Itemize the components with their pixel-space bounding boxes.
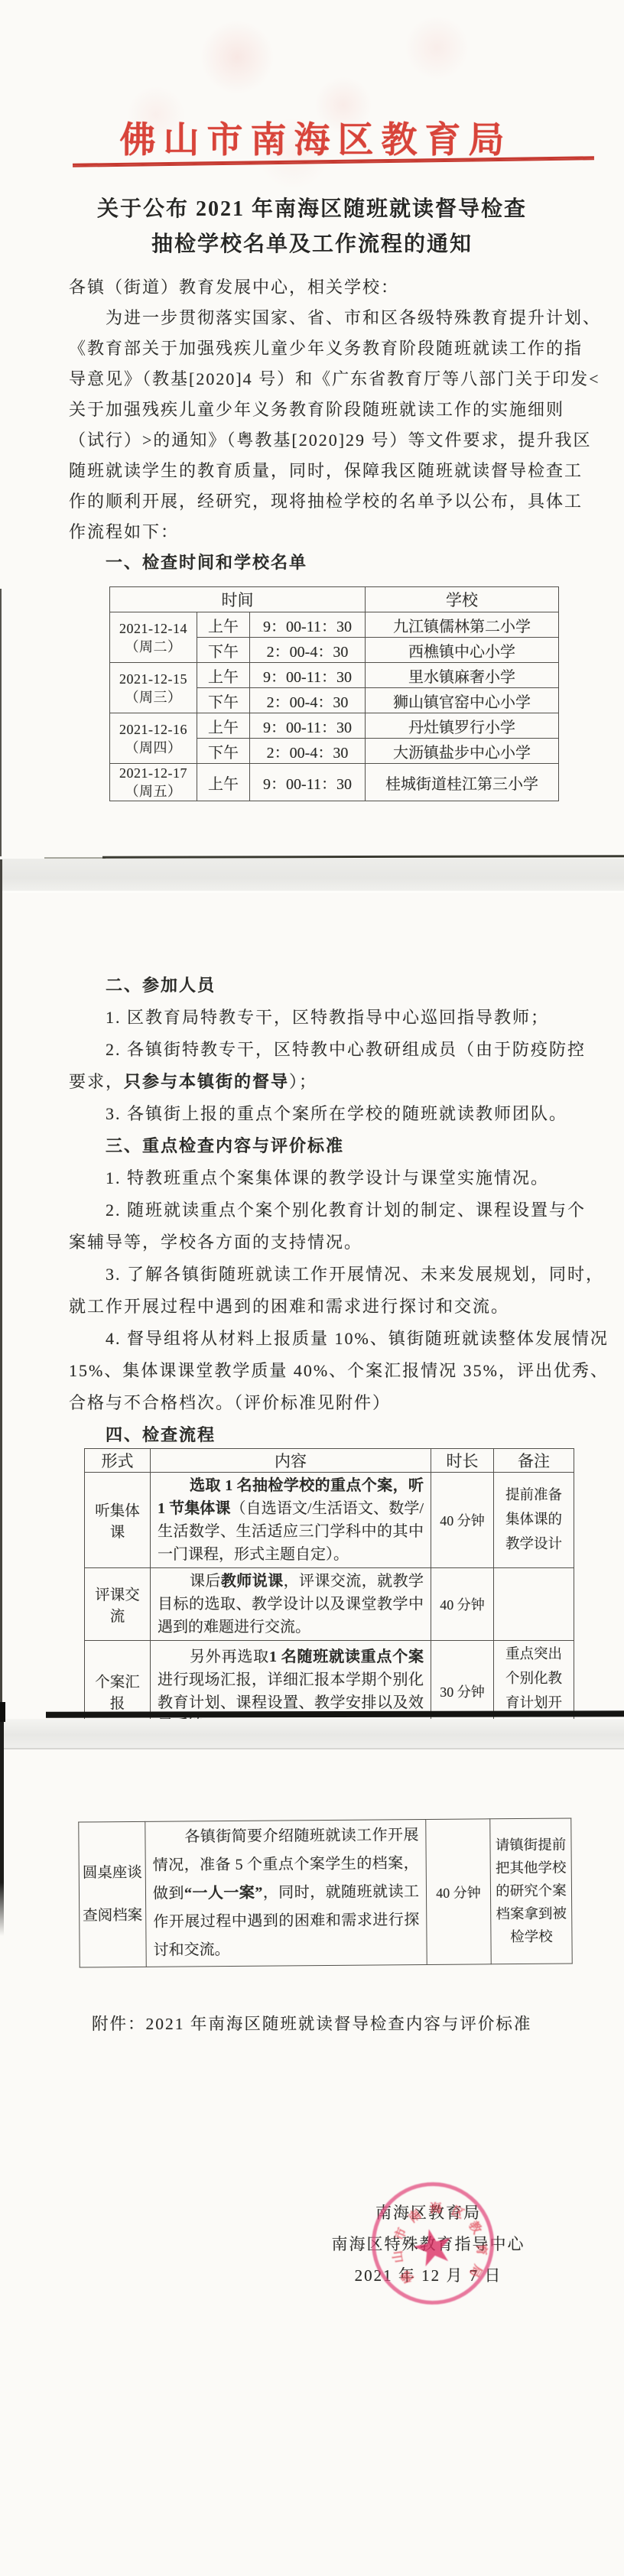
section4-heading: 四、检查流程	[69, 1419, 600, 1451]
body-line: 1. 区教育局特教专干，区特教指导中心巡回指导教师；	[69, 1002, 600, 1034]
form-line: 查阅档案	[83, 1894, 142, 1938]
text-segment-bold: 1 名随班就读重点个案	[269, 1649, 424, 1665]
table-row: 2021-12-17 （周五） 上午 9：00-11：30 桂城街道桂江第三小学	[110, 764, 559, 801]
seal-arc-char: 山	[388, 2250, 407, 2264]
school-cell: 丹灶镇罗行小学	[366, 713, 559, 739]
text-segment: ）；	[289, 1072, 317, 1091]
period-cell: 上午	[197, 764, 250, 801]
school-cell: 狮山镇官窑中心小学	[366, 688, 559, 713]
body-line: 作的顺利开展，经研究，现将抽检学校的名单予以公布，具体工	[69, 486, 600, 517]
duration-cell: 40 分钟	[426, 1819, 491, 1965]
body-line: 3. 了解各镇街随班就读工作开展情况、未来发展规划，同时，	[69, 1259, 600, 1291]
content-cell: 各镇街简要介绍随班就读工作开展情况，准备 5 个重点个案学生的档案，做到“一人一…	[145, 1819, 427, 1967]
body-line: 1. 特教班重点个案集体课的教学设计与课堂实施情况。	[69, 1162, 600, 1194]
body-line: 作流程如下：	[69, 517, 600, 547]
body-page2: 二、参加人员 1. 区教育局特教专干，区特教指导中心巡回指导教师； 2. 各镇街…	[69, 970, 600, 1451]
date-cell: 2021-12-17 （周五）	[110, 764, 197, 801]
weekday-value: （周四）	[113, 739, 193, 757]
body-page1: 各镇（街道）教育发展中心，相关学校： 为进一步贯彻落实国家、省、市和区各级特殊教…	[69, 272, 600, 578]
school-cell: 大沥镇盐步中心小学	[366, 739, 559, 764]
body-line: 关于加强残疾儿童少年义务教育阶段随班就读工作的实施细则	[69, 395, 600, 425]
process-table-continuation: 圆桌座谈 查阅档案 各镇街简要介绍随班就读工作开展情况，准备 5 个重点个案学生…	[78, 1817, 572, 1967]
col-header-time: 时间	[110, 587, 366, 612]
text-segment: 要求，	[69, 1072, 124, 1091]
body-line: 为进一步贯彻落实国家、省、市和区各级特殊教育提升计划、	[69, 303, 600, 333]
document-title: 关于公布 2021 年南海区随班就读督导检查 抽检学校名单及工作流程的通知	[0, 192, 624, 262]
letterhead-org-title: 佛山市南海区教育局	[0, 112, 624, 163]
inspection-process-table: 形式 内容 时长 备注 听集体课 选取 1 名抽检学校的重点个案，听 1 节集体…	[84, 1448, 574, 1743]
col-header-duration: 时长	[431, 1449, 494, 1473]
duration-cell: 40 分钟	[431, 1473, 494, 1568]
attachment-line: 附件：2021 年南海区随班就读督导检查内容与评价标准	[92, 2011, 531, 2035]
body-line: 导意见》（教基[2020]4 号）和《广东省教育厅等八部门关于印发<	[69, 364, 600, 395]
school-cell: 桂城街道桂江第三小学	[366, 764, 559, 801]
scan-edge-artifact	[0, 1702, 5, 1722]
body-line: 3. 各镇街上报的重点个案所在学校的随班就读教师团队。	[69, 1098, 600, 1130]
date-cell: 2021-12-14 （周二）	[110, 612, 197, 663]
period-cell: 下午	[197, 688, 250, 713]
time-cell: 9：00-11：30	[250, 612, 366, 638]
document-title-line1: 关于公布 2021 年南海区随班就读督导检查	[0, 192, 624, 227]
date-value: 2021-12-15	[113, 670, 193, 688]
body-line: 《教育部关于加强残疾儿童少年义务教育阶段随班就读工作的指	[69, 333, 600, 364]
date-cell: 2021-12-16 （周四）	[110, 713, 197, 764]
table-row: 2021-12-14 （周二） 上午 9：00-11：30 九江镇儒林第二小学	[110, 612, 559, 638]
note-cell: 请镇街提前把其他学校的研究个案档案拿到被检学校	[490, 1818, 572, 1964]
seal-arc-char: 教	[465, 2217, 486, 2237]
table-header-row: 形式 内容 时长 备注	[85, 1449, 574, 1473]
text-segment-bold: “一人一案”	[184, 1885, 263, 1902]
body-line: 4. 督导组将从材料上报质量 10%、镇街随班就读整体发展情况	[69, 1323, 600, 1355]
text-segment: 另外再选取	[190, 1649, 269, 1665]
seal-arc-char: 佛	[396, 2267, 418, 2288]
form-cell: 听集体课	[85, 1473, 151, 1568]
duration-cell: 40 分钟	[431, 1568, 494, 1641]
content-cell: 课后教师说课，评课交流，就教学目标的选取、教学设计以及课堂教学中遇到的难题进行交…	[151, 1568, 431, 1641]
table-header-row: 时间 学校	[110, 587, 559, 612]
period-cell: 上午	[197, 663, 250, 688]
date-value: 2021-12-14	[113, 619, 193, 638]
period-cell: 下午	[197, 739, 250, 764]
body-line: 要求，只参与本镇街的督导）；	[69, 1066, 600, 1098]
date-value: 2021-12-17	[113, 764, 193, 782]
table-row: 2021-12-16 （周四） 上午 9：00-11：30 丹灶镇罗行小学	[110, 713, 559, 739]
col-header-content: 内容	[151, 1449, 431, 1473]
note-cell	[494, 1568, 574, 1641]
body-line: 15%、集体课课堂教学质量 40%、个案汇报情况 35%，评出优秀、	[69, 1355, 600, 1387]
page-gap-band	[0, 1719, 624, 1749]
seal-arc-char: 区	[449, 2201, 468, 2223]
weekday-value: （周五）	[113, 782, 193, 801]
salutation-line: 各镇（街道）教育发展中心，相关学校：	[69, 272, 600, 303]
table-row: 听集体课 选取 1 名抽检学校的重点个案，听 1 节集体课（自选语文/生活语文、…	[85, 1473, 574, 1568]
time-cell: 9：00-11：30	[250, 663, 366, 688]
official-seal: 佛山市南海区教育局 ★	[366, 2177, 499, 2309]
col-header-note: 备注	[494, 1449, 574, 1473]
form-cell: 圆桌座谈 查阅档案	[79, 1821, 146, 1967]
school-cell: 西樵镇中心小学	[366, 638, 559, 663]
page-break-line	[46, 1710, 624, 1718]
form-line: 圆桌座谈	[83, 1851, 142, 1895]
scan-edge-artifact	[0, 859, 2, 1705]
form-cell: 评课交流	[85, 1568, 151, 1641]
seal-arc-char: 育	[473, 2243, 491, 2256]
body-line: 合格与不合格档次。（评价标准见附件）	[69, 1387, 600, 1419]
date-cell: 2021-12-15 （周三）	[110, 663, 197, 713]
date-value: 2021-12-16	[113, 720, 193, 739]
period-cell: 上午	[197, 612, 250, 638]
school-cell: 里水镇麻奢小学	[366, 663, 559, 688]
seal-arc-char: 局	[466, 2262, 487, 2281]
weekday-value: （周二）	[113, 638, 193, 656]
body-line: 2. 随班就读重点个案个别化教育计划的制定、课程设置与个	[69, 1194, 600, 1226]
text-segment-bold: 只参与本镇街的督导	[124, 1072, 289, 1091]
col-header-school: 学校	[366, 587, 559, 612]
inspection-schedule-table: 时间 学校 2021-12-14 （周二） 上午 9：00-11：30 九江镇儒…	[109, 586, 559, 801]
time-cell: 2：00-4：30	[250, 638, 366, 663]
period-cell: 上午	[197, 713, 250, 739]
time-cell: 9：00-11：30	[250, 764, 366, 801]
school-cell: 九江镇儒林第二小学	[366, 612, 559, 638]
content-cell: 选取 1 名抽检学校的重点个案，听 1 节集体课（自选语文/生活语文、数学/生活…	[151, 1473, 431, 1568]
body-line: 案辅导等，学校各方面的支持情况。	[69, 1226, 600, 1259]
period-cell: 下午	[197, 638, 250, 663]
body-line: 2. 各镇街特教专干，区特教中心教研组成员（由于防疫防控	[69, 1034, 600, 1066]
table-row: 评课交流 课后教师说课，评课交流，就教学目标的选取、教学设计以及课堂教学中遇到的…	[85, 1568, 574, 1641]
time-cell: 2：00-4：30	[250, 688, 366, 713]
body-line: 就工作开展过程中遇到的困难和需求进行探讨和交流。	[69, 1291, 600, 1323]
text-segment: 课后	[190, 1573, 221, 1590]
time-cell: 9：00-11：30	[250, 713, 366, 739]
page-gap-band	[0, 859, 624, 893]
seal-arc-char: 海	[429, 2198, 443, 2217]
section3-heading: 三、重点检查内容与评价标准	[69, 1130, 600, 1162]
body-line: 随班就读学生的教育质量，同时，保障我区随班就读督导检查工	[69, 456, 600, 486]
text-segment-bold: 教师说课	[221, 1573, 284, 1590]
scan-edge-artifact	[0, 589, 2, 856]
section2-heading: 二、参加人员	[69, 970, 600, 1002]
note-cell: 提前准备集体课的教学设计	[494, 1473, 574, 1568]
document-title-line2: 抽检学校名单及工作流程的通知	[0, 227, 624, 262]
scanned-notice-document: 佛山市南海区教育局 关于公布 2021 年南海区随班就读督导检查 抽检学校名单及…	[0, 0, 624, 2576]
col-header-form: 形式	[85, 1449, 151, 1473]
time-cell: 2：00-4：30	[250, 739, 366, 764]
table-row: 2021-12-15 （周三） 上午 9：00-11：30 里水镇麻奢小学	[110, 663, 559, 688]
body-line: （试行）>的通知》（粤教基[2020]29 号）等文件要求，提升我区	[69, 425, 600, 456]
weekday-value: （周三）	[113, 688, 193, 707]
section1-heading: 一、检查时间和学校名单	[69, 547, 600, 578]
scan-edge-artifact	[0, 1722, 4, 1936]
table-row: 圆桌座谈 查阅档案 各镇街简要介绍随班就读工作开展情况，准备 5 个重点个案学生…	[79, 1818, 572, 1967]
